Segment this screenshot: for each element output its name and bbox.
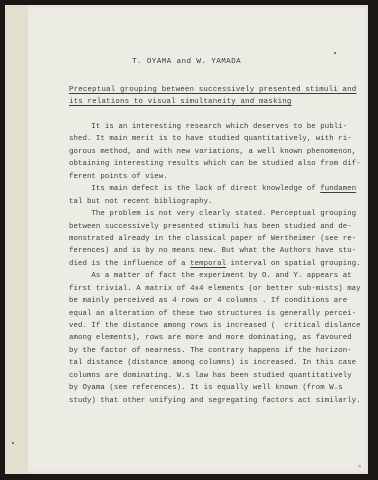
body-line: between successively presented stimuli h… [69,221,361,233]
body-line: It is an interesting research which dese… [69,121,361,133]
body-line: As a matter of fact the experiment by O.… [69,270,361,282]
body-line: Its main defect is the lack of direct kn… [69,183,361,195]
body-line: gorous method, and with new variations, … [69,146,361,158]
body-line: obtaining interesting results which can … [69,158,361,170]
underlined-word: fundamen [320,185,356,193]
paper-speck [334,52,336,54]
paper-edge-strip [5,5,28,474]
body-line: The problem is not very clearly stated. … [69,208,361,220]
body-line: ferent points of view. [69,171,361,183]
document-title: Preceptual grouping between successively… [69,84,349,109]
body-line: tal but not recent bibliography. [69,196,361,208]
authors-header: T. OYAMA and W. YAMADA [5,58,368,66]
body-line: by Oyama (see references). It is equally… [69,382,361,394]
body-line: columns are dominating. W.s law has been… [69,370,361,382]
body-line: equal an alteration of these two structu… [69,308,361,320]
paper-speck [12,442,14,444]
document-page: T. OYAMA and W. YAMADA Preceptual groupi… [5,5,368,474]
body-line: study) that other unifying and segregati… [69,395,361,407]
underlined-word: temporal [190,260,226,268]
title-line-1: Preceptual grouping between successively… [69,84,349,96]
body-line: ferences) and is by no means new. But wh… [69,245,361,257]
page-marker: 4 [358,464,361,470]
body-line: by the factor of nearness. The contrary … [69,345,361,357]
body-line: monstrated already in the classical pape… [69,233,361,245]
body-line: among elements), rows are more and more … [69,332,361,344]
title-line-2: its relations to visual simultaneity and… [69,96,349,108]
body-line: tal distance (distance among columns) is… [69,357,361,369]
body-line: shed. It main merit is to have studied q… [69,133,361,145]
body-line: be mainly perceived as 4 rows or 4 colum… [69,295,361,307]
review-body-text: It is an interesting research which dese… [69,121,361,407]
body-line: first trivial. A matrix of 4x4 elements … [69,283,361,295]
body-line: died is the influence of a temporal inte… [69,258,361,270]
body-line: ved. If the distance among rows is incre… [69,320,361,332]
